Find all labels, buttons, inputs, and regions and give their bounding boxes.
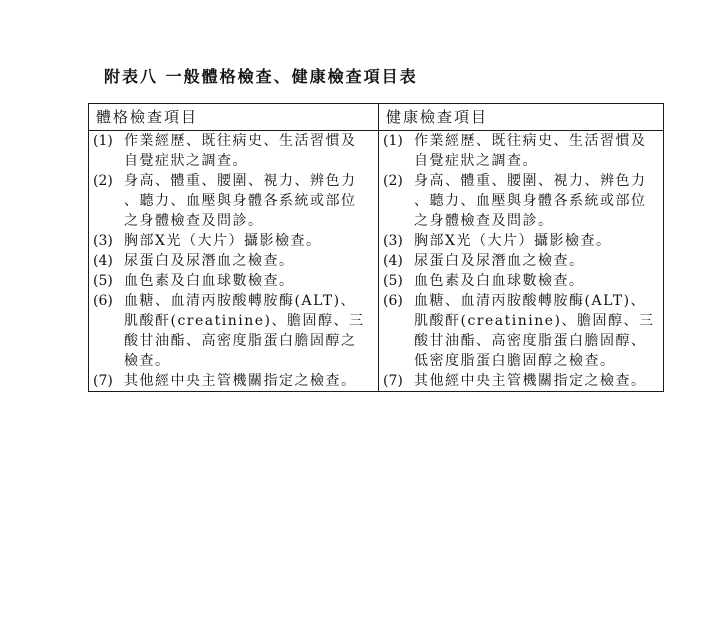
exam-item-text-line: 尿蛋白及尿潛血之檢查。 [414, 251, 663, 271]
exam-item-text-line: 作業經歷、既往病史、生活習慣及 [414, 131, 663, 151]
document-title: 附表八 一般體格檢查、健康檢查項目表 [104, 64, 418, 87]
exam-item-text: 血糖、血清丙胺酸轉胺酶(ALT)、肌酸酐(creatinine)、膽固醇、三酸甘… [414, 291, 663, 371]
exam-item-number: (1) [89, 131, 124, 151]
table-body-row: (1)作業經歷、既往病史、生活習慣及自覺症狀之調查。(2)身高、體重、腰圍、視力… [89, 131, 664, 392]
exam-item-text: 作業經歷、既往病史、生活習慣及自覺症狀之調查。 [124, 131, 378, 171]
exam-item: (1)作業經歷、既往病史、生活習慣及自覺症狀之調查。 [379, 131, 663, 171]
exam-item-text: 作業經歷、既往病史、生活習慣及自覺症狀之調查。 [414, 131, 663, 171]
exam-item-number: (5) [89, 271, 124, 291]
exam-item: (6)血糖、血清丙胺酸轉胺酶(ALT)、肌酸酐(creatinine)、膽固醇、… [379, 291, 663, 371]
exam-item-number: (2) [379, 171, 414, 191]
exam-item-number: (7) [379, 371, 414, 391]
exam-item-text-line: 酸甘油酯、高密度脂蛋白膽固醇之 [124, 331, 378, 351]
physical-exam-column: (1)作業經歷、既往病史、生活習慣及自覺症狀之調查。(2)身高、體重、腰圍、視力… [89, 131, 379, 392]
exam-item-text: 尿蛋白及尿潛血之檢查。 [124, 251, 378, 271]
exam-item-text-line: 尿蛋白及尿潛血之檢查。 [124, 251, 378, 271]
exam-item-text: 血色素及白血球數檢查。 [124, 271, 378, 291]
exam-item-number: (3) [89, 231, 124, 251]
exam-item-text-line: 身高、體重、腰圍、視力、辨色力 [414, 171, 663, 191]
exam-item-number: (6) [379, 291, 414, 311]
exam-item-text-line: 血色素及白血球數檢查。 [414, 271, 663, 291]
exam-items-table: 體格檢查項目 健康檢查項目 (1)作業經歷、既往病史、生活習慣及自覺症狀之調查。… [88, 103, 664, 392]
exam-item: (7)其他經中央主管機關指定之檢查。 [379, 371, 663, 391]
exam-item-text-line: 自覺症狀之調查。 [124, 151, 378, 171]
column-header-health-exam: 健康檢查項目 [379, 104, 664, 131]
exam-item-number: (6) [89, 291, 124, 311]
exam-item-text: 其他經中央主管機關指定之檢查。 [124, 371, 378, 391]
exam-item-text: 血色素及白血球數檢查。 [414, 271, 663, 291]
exam-item-text: 尿蛋白及尿潛血之檢查。 [414, 251, 663, 271]
exam-item: (4)尿蛋白及尿潛血之檢查。 [379, 251, 663, 271]
exam-item: (5)血色素及白血球數檢查。 [89, 271, 378, 291]
exam-item-number: (1) [379, 131, 414, 151]
exam-item-text-line: 、聽力、血壓與身體各系統或部位 [414, 191, 663, 211]
exam-item-text-line: 之身體檢查及問診。 [414, 211, 663, 231]
exam-item: (3)胸部X光（大片）攝影檢查。 [89, 231, 378, 251]
exam-item-text-line: 血糖、血清丙胺酸轉胺酶(ALT)、 [124, 291, 378, 311]
exam-item-text-line: 肌酸酐(creatinine)、膽固醇、三 [414, 311, 663, 331]
exam-item-text-line: 作業經歷、既往病史、生活習慣及 [124, 131, 378, 151]
exam-item-text: 胸部X光（大片）攝影檢查。 [124, 231, 378, 251]
exam-item: (6)血糖、血清丙胺酸轉胺酶(ALT)、肌酸酐(creatinine)、膽固醇、… [89, 291, 378, 371]
exam-item-text: 身高、體重、腰圍、視力、辨色力、聽力、血壓與身體各系統或部位之身體檢查及問診。 [414, 171, 663, 231]
exam-item-text-line: 血糖、血清丙胺酸轉胺酶(ALT)、 [414, 291, 663, 311]
physical-exam-items: (1)作業經歷、既往病史、生活習慣及自覺症狀之調查。(2)身高、體重、腰圍、視力… [89, 131, 378, 391]
exam-item-text-line: 胸部X光（大片）攝影檢查。 [124, 231, 378, 251]
exam-item-text-line: 血色素及白血球數檢查。 [124, 271, 378, 291]
exam-item-text-line: 酸甘油酯、高密度脂蛋白膽固醇、 [414, 331, 663, 351]
table-header-row: 體格檢查項目 健康檢查項目 [89, 104, 664, 131]
exam-item: (1)作業經歷、既往病史、生活習慣及自覺症狀之調查。 [89, 131, 378, 171]
exam-item-text-line: 胸部X光（大片）攝影檢查。 [414, 231, 663, 251]
exam-item: (7)其他經中央主管機關指定之檢查。 [89, 371, 378, 391]
exam-item-text-line: 檢查。 [124, 351, 378, 371]
exam-item: (2)身高、體重、腰圍、視力、辨色力、聽力、血壓與身體各系統或部位之身體檢查及問… [379, 171, 663, 231]
exam-item-text-line: 肌酸酐(creatinine)、膽固醇、三 [124, 311, 378, 331]
exam-item-text-line: 之身體檢查及問診。 [124, 211, 378, 231]
exam-item-text-line: 身高、體重、腰圍、視力、辨色力 [124, 171, 378, 191]
health-exam-items: (1)作業經歷、既往病史、生活習慣及自覺症狀之調查。(2)身高、體重、腰圍、視力… [379, 131, 663, 391]
exam-item-text: 血糖、血清丙胺酸轉胺酶(ALT)、肌酸酐(creatinine)、膽固醇、三酸甘… [124, 291, 378, 371]
exam-item: (4)尿蛋白及尿潛血之檢查。 [89, 251, 378, 271]
exam-item: (2)身高、體重、腰圍、視力、辨色力、聽力、血壓與身體各系統或部位之身體檢查及問… [89, 171, 378, 231]
exam-item-text: 其他經中央主管機關指定之檢查。 [414, 371, 663, 391]
health-exam-column: (1)作業經歷、既往病史、生活習慣及自覺症狀之調查。(2)身高、體重、腰圍、視力… [379, 131, 664, 392]
exam-item-text-line: 自覺症狀之調查。 [414, 151, 663, 171]
exam-item: (5)血色素及白血球數檢查。 [379, 271, 663, 291]
column-header-physical-exam: 體格檢查項目 [89, 104, 379, 131]
exam-item-number: (3) [379, 231, 414, 251]
exam-item-number: (4) [89, 251, 124, 271]
exam-item-number: (4) [379, 251, 414, 271]
exam-item-text-line: 、聽力、血壓與身體各系統或部位 [124, 191, 378, 211]
exam-item-text: 胸部X光（大片）攝影檢查。 [414, 231, 663, 251]
exam-item-number: (2) [89, 171, 124, 191]
exam-item-text-line: 其他經中央主管機關指定之檢查。 [414, 371, 663, 391]
exam-item-text-line: 其他經中央主管機關指定之檢查。 [124, 371, 378, 391]
exam-item: (3)胸部X光（大片）攝影檢查。 [379, 231, 663, 251]
document-page: 附表八 一般體格檢查、健康檢查項目表 體格檢查項目 健康檢查項目 (1)作業經歷… [0, 0, 728, 643]
exam-item-text: 身高、體重、腰圍、視力、辨色力、聽力、血壓與身體各系統或部位之身體檢查及問診。 [124, 171, 378, 231]
exam-item-number: (7) [89, 371, 124, 391]
exam-item-number: (5) [379, 271, 414, 291]
exam-item-text-line: 低密度脂蛋白膽固醇之檢查。 [414, 351, 663, 371]
